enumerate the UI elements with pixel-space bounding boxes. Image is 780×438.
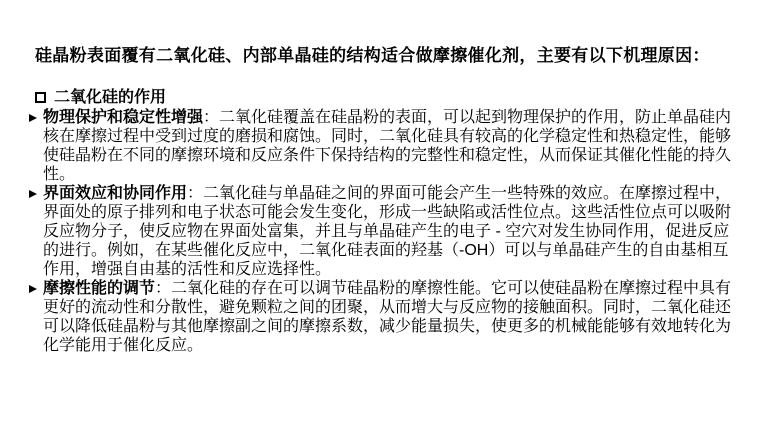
bullet-list: 物理保护和稳定性增强：二氧化硅覆盖在硅晶粉的表面，可以起到物理保护的作用，防止单… xyxy=(29,108,744,355)
bullet-item-friction-tuning: 摩擦性能的调节：二氧化硅的存在可以调节硅晶粉的摩擦性能。它可以使硅晶粉在摩擦过程… xyxy=(29,279,741,355)
bullet-lead: 物理保护和稳定性增强 xyxy=(43,109,203,126)
bullet-item-interface-effect: 界面效应和协同作用：二氧化硅与单晶硅之间的界面可能会产生一些特殊的效应。在摩擦过… xyxy=(29,184,741,279)
page-title: 硅晶粉表面覆有二氧化硅、内部单晶硅的结构适合做摩擦催化剂，主要有以下机理原因： xyxy=(35,45,750,67)
bullet-lead: 界面效应和协同作用 xyxy=(43,185,187,202)
section-heading-label: 二氧化硅的作用 xyxy=(54,88,166,107)
slide: 硅晶粉表面覆有二氧化硅、内部单晶硅的结构适合做摩擦催化剂，主要有以下机理原因： … xyxy=(0,0,780,438)
bullet-lead: 摩擦性能的调节 xyxy=(43,280,155,297)
square-bullet-icon xyxy=(35,92,46,103)
arrow-bullet-icon xyxy=(29,285,37,293)
content-area: 二氧化硅的作用 物理保护和稳定性增强：二氧化硅覆盖在硅晶粉的表面，可以起到物理保… xyxy=(29,88,744,355)
arrow-bullet-icon xyxy=(29,190,37,198)
section-heading: 二氧化硅的作用 xyxy=(35,88,744,107)
arrow-bullet-icon xyxy=(29,114,37,122)
bullet-item-physical-protection: 物理保护和稳定性增强：二氧化硅覆盖在硅晶粉的表面，可以起到物理保护的作用，防止单… xyxy=(29,108,741,184)
